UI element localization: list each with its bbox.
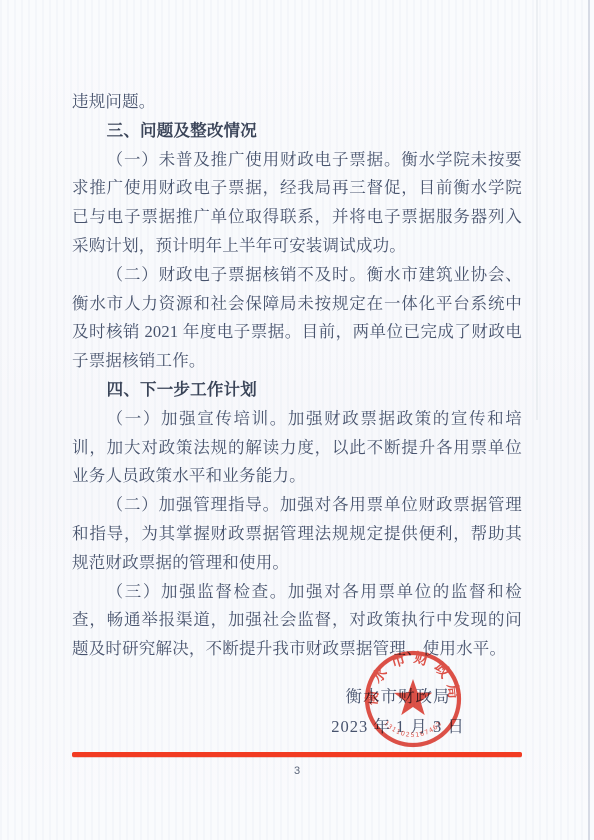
paragraph: （一）未普及推广使用财政电子票据。衡水学院未按要求推广使用财政电子票据，经我局再… (72, 146, 522, 261)
section-heading: 四、下一步工作计划 (72, 376, 522, 405)
paragraph: （二）财政电子票据核销不及时。衡水市建筑业协会、衡水市人力资源和社会保障局未按规… (72, 261, 522, 376)
seal-graphic: 衡水市财政局 1311025167463 (361, 647, 465, 751)
document-page: 违规问题。三、问题及整改情况（一）未普及推广使用财政电子票据。衡水学院未按要求推… (0, 0, 594, 840)
paragraph: （一）加强宣传培训。加强财政票据政策的宣传和培训，加大对政策法规的解读力度，以此… (72, 405, 522, 491)
official-seal: 衡水市财政局 1311025167463 (361, 647, 465, 751)
scan-crease-faint (536, 0, 538, 420)
seal-star-icon (394, 679, 432, 715)
footer-rule (72, 752, 522, 757)
seal-code-text: 1311025167463 (382, 720, 443, 739)
scan-crease-right (588, 0, 590, 840)
svg-text:1311025167463: 1311025167463 (382, 720, 443, 739)
continuation-line: 违规问题。 (72, 88, 522, 117)
section-heading: 三、问题及整改情况 (72, 117, 522, 146)
paragraph: （二）加强管理指导。加强对各用票单位财政票据管理和指导，为其掌握财政票据管理法规… (72, 491, 522, 577)
page-number: 3 (0, 765, 594, 777)
document-body: 违规问题。三、问题及整改情况（一）未普及推广使用财政电子票据。衡水学院未按要求推… (72, 88, 522, 664)
